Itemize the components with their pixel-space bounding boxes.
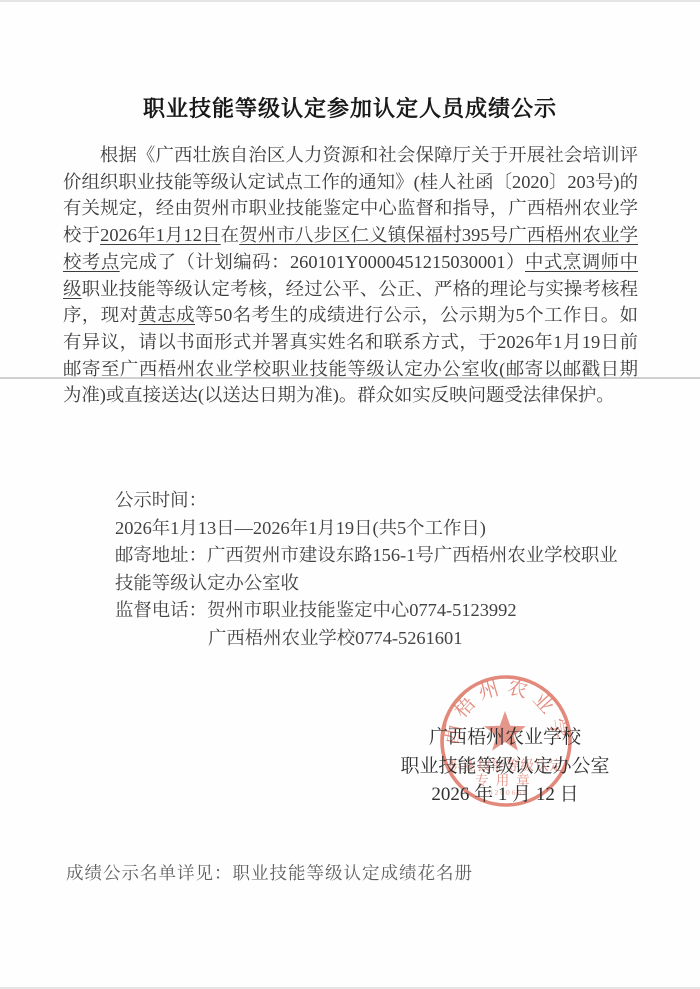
supervision-phone-line1: 监督电话：贺州市职业技能鉴定中心0774-5123992 (115, 597, 635, 625)
document-page: 职业技能等级认定参加认定人员成绩公示 根据《广西壮族自治区人力资源和社会保障厅关… (0, 0, 700, 989)
supervision-phone-line2: 广西梧州农业学校0774-5261601 (115, 625, 635, 653)
publicity-period: 2026年1月13日—2026年1月19日(共5个工作日) (115, 515, 635, 543)
footer-note: 成绩公示名单详见：职业技能等级认定成绩花名册 (66, 860, 473, 885)
paragraph-segment: 在 (221, 225, 240, 245)
signature-org-line2: 职业技能等级认定办公室 (330, 753, 680, 782)
main-paragraph: 根据《广西壮族自治区人力资源和社会保障厅关于开展社会培训评价组织职业技能等级认定… (63, 142, 638, 409)
info-block: 公示时间： 2026年1月13日—2026年1月19日(共5个工作日) 邮寄地址… (115, 487, 635, 653)
mail-address-line2: 技能等级认定办公室收 (115, 570, 635, 598)
mail-address-line1: 邮寄地址：广西贺州市建设东路156-1号广西梧州农业学校职业 (115, 542, 635, 570)
paragraph-segment: 完成了（计划编码：260101Y0000451215030001） (120, 252, 525, 272)
publicity-time-label: 公示时间： (115, 487, 635, 515)
signature-org-line1: 广西梧州农业学校 (330, 724, 680, 753)
signature-date: 2026 年 1 月 12 日 (330, 781, 680, 810)
scan-artifact-horizontal-line (0, 377, 700, 379)
underlined-candidate-name: 黄志成 (138, 305, 195, 325)
scan-artifact-top-edge (0, 0, 700, 2)
signature-block: 广西梧州农业学校 职业技能等级认定办公室 2026 年 1 月 12 日 (330, 724, 680, 810)
underlined-exam-date: 2026年1月12日 (100, 225, 221, 245)
document-title: 职业技能等级认定参加认定人员成绩公示 (0, 92, 700, 123)
